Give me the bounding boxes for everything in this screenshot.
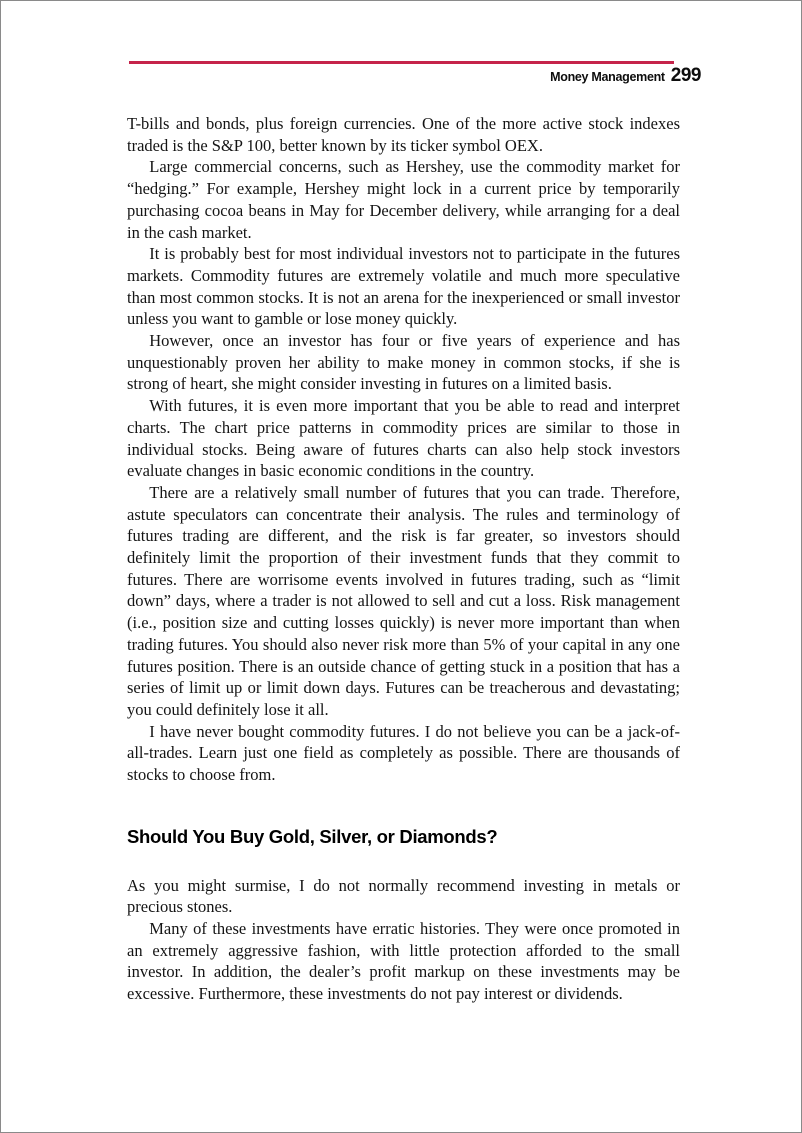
- paragraph: Large commercial concerns, such as Hersh…: [127, 156, 680, 243]
- running-header: Money Management 299: [1, 65, 701, 87]
- header-rule: [129, 61, 674, 64]
- paragraph: As you might surmise, I do not normally …: [127, 875, 680, 918]
- paragraph: There are a relatively small number of f…: [127, 482, 680, 721]
- page-number: 299: [671, 65, 701, 87]
- book-page: Money Management 299 T-bills and bonds, …: [0, 0, 802, 1133]
- section-heading: Should You Buy Gold, Silver, or Diamonds…: [127, 826, 680, 848]
- paragraph: With futures, it is even more important …: [127, 395, 680, 482]
- paragraph: However, once an investor has four or fi…: [127, 330, 680, 395]
- paragraph: T-bills and bonds, plus foreign currenci…: [127, 113, 680, 156]
- body-text-column: T-bills and bonds, plus foreign currenci…: [127, 113, 680, 1005]
- running-head-title: Money Management: [550, 70, 665, 84]
- paragraph: Many of these investments have erratic h…: [127, 918, 680, 1005]
- paragraph: It is probably best for most individual …: [127, 243, 680, 330]
- paragraph: I have never bought commodity futures. I…: [127, 721, 680, 786]
